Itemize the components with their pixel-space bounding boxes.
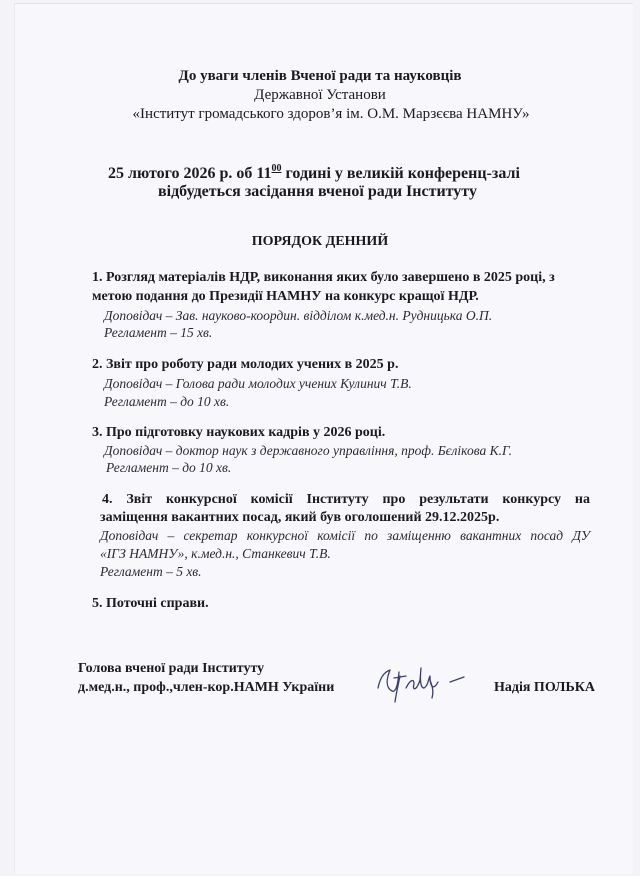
signatory-credentials: д.мед.н., проф.,член-кор.НАМН України [78,680,334,696]
meeting-date: 25 лютого 2026 р. об 11 [108,165,272,182]
meeting-description: відбудеться засідання вченої ради Інстит… [158,183,477,201]
meeting-location: годині у великій конференц-залі [282,165,520,182]
handwritten-signature-icon [372,658,472,708]
agenda-item-5: 5. Поточні справи. [92,596,209,612]
agenda-item-title: 2. Звіт про роботу ради молодих учених в… [92,357,398,373]
signatory-name: Надія ПОЛЬКА [494,680,595,696]
meeting-time-minutes: 00 [272,163,282,174]
header-line-2: Державної Установи [0,87,640,104]
agenda-item-title: 4. Звіт конкурсної комісії Інституту про… [102,492,590,508]
agenda-item-title-cont: заміщення вакантних посад, який був огол… [100,510,499,526]
agenda-item-title: 1. Розгляд матеріалів НДР, виконання яки… [92,270,555,286]
agenda-item-speaker: Доповідач – секретар конкурсної комісії … [100,528,590,544]
agenda-item-time: Регламент – 5 хв. [100,564,202,580]
agenda-item-speaker: Доповідач – Зав. науково-координ. відділ… [104,308,492,324]
header-line-1: До уваги членів Вченої ради та науковців [0,68,640,85]
header-line-3: «Інститут громадського здоров’я ім. О.М.… [0,106,640,123]
agenda-item-speaker: Доповідач – Голова ради молодих учених К… [104,376,412,392]
agenda-item-title-cont: метою подання до Президії НАМНУ на конку… [92,289,479,305]
agenda-item-title: 3. Про підготовку наукових кадрів у 2026… [92,425,385,441]
signatory-role: Голова вченої ради Інституту [78,661,264,677]
agenda-item-speaker-cont: «ІГЗ НАМНУ», к.мед.н., Станкевич Т.В. [100,546,331,562]
agenda-item-time: Регламент – 15 хв. [104,325,212,341]
agenda-title: ПОРЯДОК ДЕННИЙ [0,234,640,250]
meeting-date-line: 25 лютого 2026 р. об 1100 годині у велик… [108,163,520,183]
agenda-item-speaker: Доповідач – доктор наук з державного упр… [104,443,512,459]
agenda-item-time: Регламент – до 10 хв. [106,460,231,476]
agenda-item-time: Регламент – до 10 хв. [104,394,229,410]
